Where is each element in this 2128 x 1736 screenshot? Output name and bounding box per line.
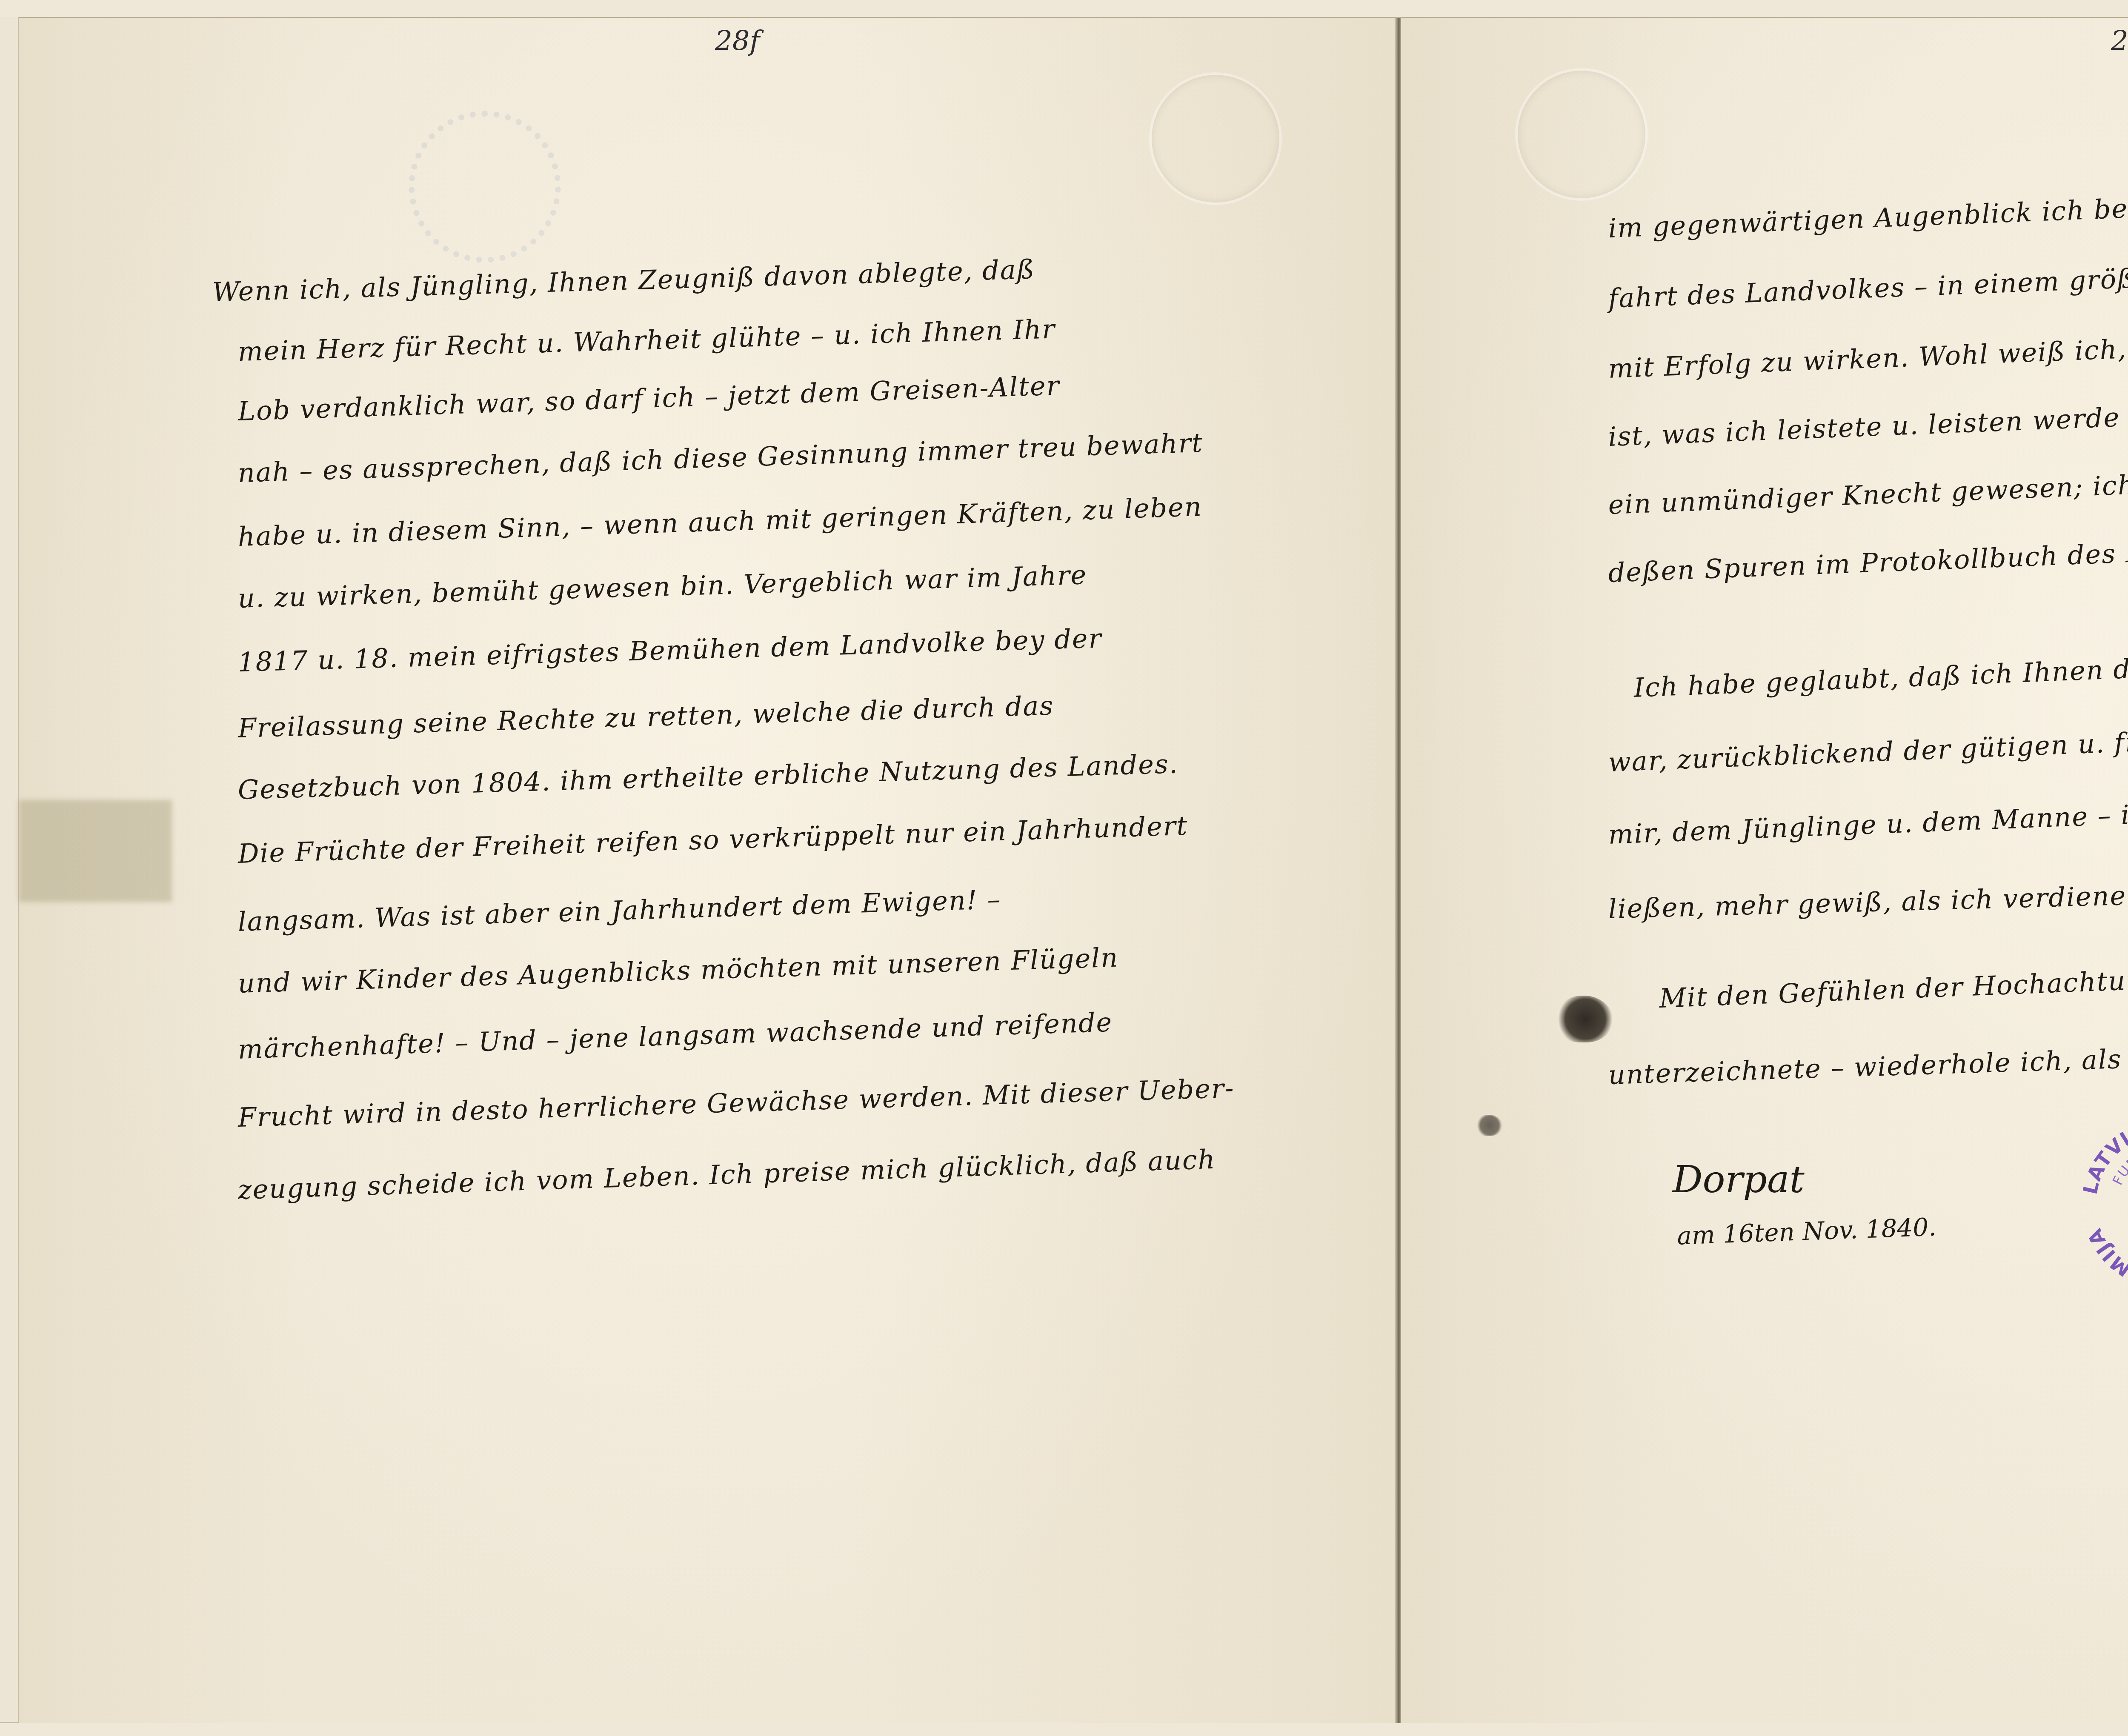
embossed-seal-left xyxy=(1149,72,1282,205)
dateline-place: Dorpat xyxy=(1673,1157,1805,1201)
water-stain xyxy=(19,800,172,902)
embossed-seal-right xyxy=(1515,68,1648,201)
folio-number-right: 28g xyxy=(2111,26,2128,57)
scan-left-edge xyxy=(0,17,19,1723)
stamp-seal-icon: LATVIJAS PSR ZINĀTŅU AKADĒMIJA FUNDAMENT… xyxy=(2077,1115,2128,1293)
stamp-outer-text: LATVIJAS PSR ZINĀTŅU AKADĒMIJA xyxy=(2079,1115,2128,1293)
ink-blot-small xyxy=(1477,1115,1502,1136)
folio-number-left: 28f xyxy=(715,26,760,57)
scan-bottom-edge xyxy=(0,1722,2128,1736)
library-stamp: LATVIJAS PSR ZINĀTŅU AKADĒMIJA FUNDAMENT… xyxy=(2077,1115,2128,1293)
faint-offset-stamp xyxy=(409,111,561,263)
svg-text:LATVIJAS PSR ZINĀTŅU AKADĒMIJA: LATVIJAS PSR ZINĀTŅU AKADĒMIJA xyxy=(2079,1115,2128,1293)
ink-blot xyxy=(1558,996,1613,1042)
scan-top-edge xyxy=(0,0,2128,18)
